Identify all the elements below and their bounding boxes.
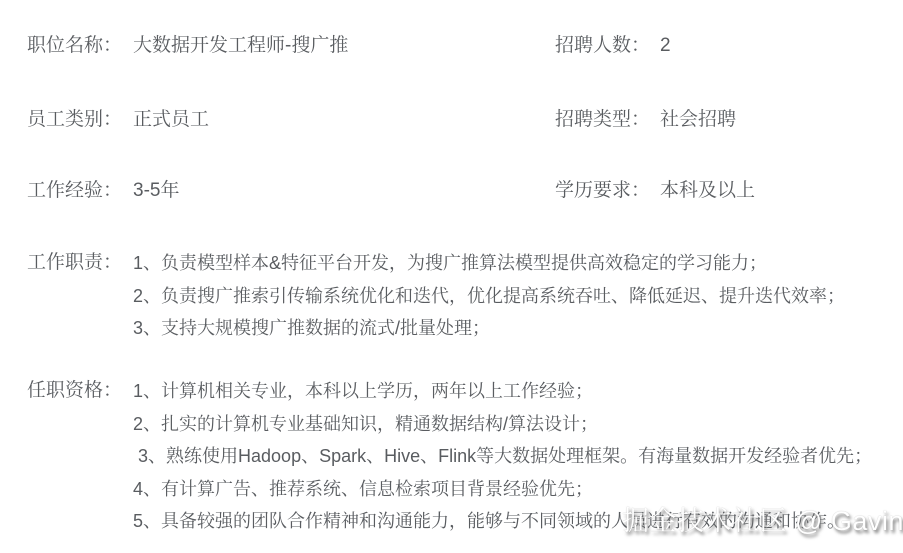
work-experience-value: 3-5年 <box>133 180 179 202</box>
qualification-item: 2、扎实的计算机专业基础知识，精通数据结构/算法设计； <box>133 408 895 441</box>
responsibility-item: 1、负责模型样本&特征平台开发，为搜广推算法模型提供高效稳定的学习能力； <box>133 247 895 280</box>
recruit-type-value: 社会招聘 <box>660 109 736 131</box>
job-detail-page: { "page": { "background_color": "#ffffff… <box>0 0 903 553</box>
education-value: 本科及以上 <box>660 180 755 202</box>
work-experience-label: 工作经验： <box>27 180 122 202</box>
qualifications-label: 任职资格： <box>27 375 122 408</box>
education-label: 学历要求： <box>555 180 650 202</box>
meta-row-experience: 工作经验： 3-5年 学历要求： 本科及以上 <box>0 180 903 202</box>
responsibilities-label: 工作职责： <box>27 247 122 280</box>
headcount-value: 2 <box>660 35 671 57</box>
headcount-label: 招聘人数： <box>555 35 650 57</box>
qualification-item: 3、熟练使用Hadoop、Spark、Hive、Flink等大数据处理框架。有海… <box>133 440 895 473</box>
qualification-item: 4、有计算广告、推荐系统、信息检索项目背景经验优先； <box>133 473 895 506</box>
employee-type-value: 正式员工 <box>133 109 209 131</box>
responsibility-item: 2、负责搜广推索引传输系统优化和迭代，优化提高系统吞吐、降低延迟、提升迭代效率； <box>133 280 895 313</box>
meta-row-employee-type: 员工类别： 正式员工 招聘类型： 社会招聘 <box>0 109 903 131</box>
position-name-value: 大数据开发工程师-搜广推 <box>133 35 348 57</box>
position-name-label: 职位名称： <box>27 35 122 57</box>
qualification-item: 1、计算机相关专业，本科以上学历，两年以上工作经验； <box>133 375 895 408</box>
responsibility-item: 3、支持大规模搜广推数据的流式/批量处理； <box>133 312 895 345</box>
responsibilities-list: 1、负责模型样本&特征平台开发，为搜广推算法模型提供高效稳定的学习能力； 2、负… <box>133 247 895 345</box>
meta-row-position: 职位名称： 大数据开发工程师-搜广推 招聘人数： 2 <box>0 35 903 57</box>
recruit-type-label: 招聘类型： <box>555 109 650 131</box>
employee-type-label: 员工类别： <box>27 109 122 131</box>
watermark: 掘金技术社区 @ Gavin1 <box>622 503 903 539</box>
